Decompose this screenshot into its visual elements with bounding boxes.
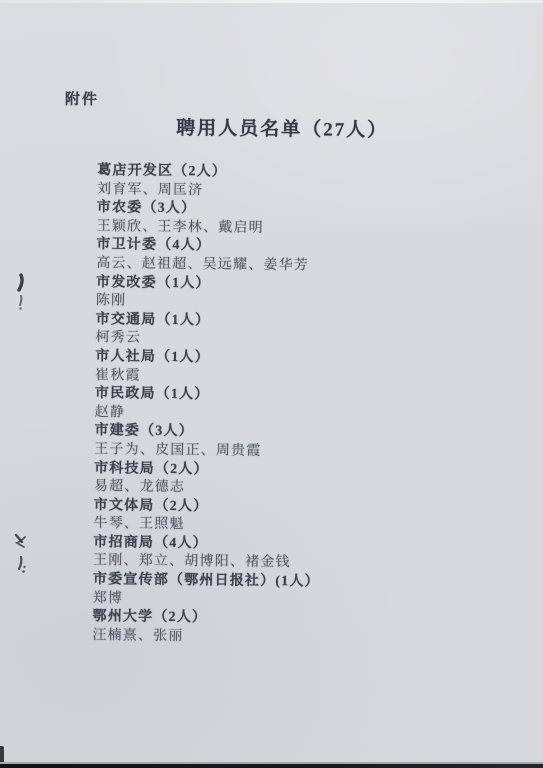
scanned-document-page: { "page": { "paper_color": "#d6d9de", "i… <box>0 0 543 768</box>
scan-edge-corner <box>0 746 4 763</box>
pen-mark-icon <box>15 555 30 575</box>
names-line: 汪楠熹、张丽 <box>92 627 510 650</box>
attachment-label: 附件 <box>65 88 99 109</box>
page-title: 聘用人员名单（27人） <box>3 111 543 144</box>
document-content: 附件 聘用人员名单（27人） 葛店开发区（2人） 刘育军、周匡济 市农委（3人）… <box>0 0 543 768</box>
scan-edge-bottom <box>0 762 543 768</box>
pen-mark-icon <box>16 295 28 311</box>
personnel-list: 葛店开发区（2人） 刘育军、周匡济 市农委（3人） 王颖欣、王李林、戴启明 市卫… <box>92 162 515 650</box>
pen-mark-icon <box>12 533 30 551</box>
pen-mark-icon <box>14 273 28 295</box>
